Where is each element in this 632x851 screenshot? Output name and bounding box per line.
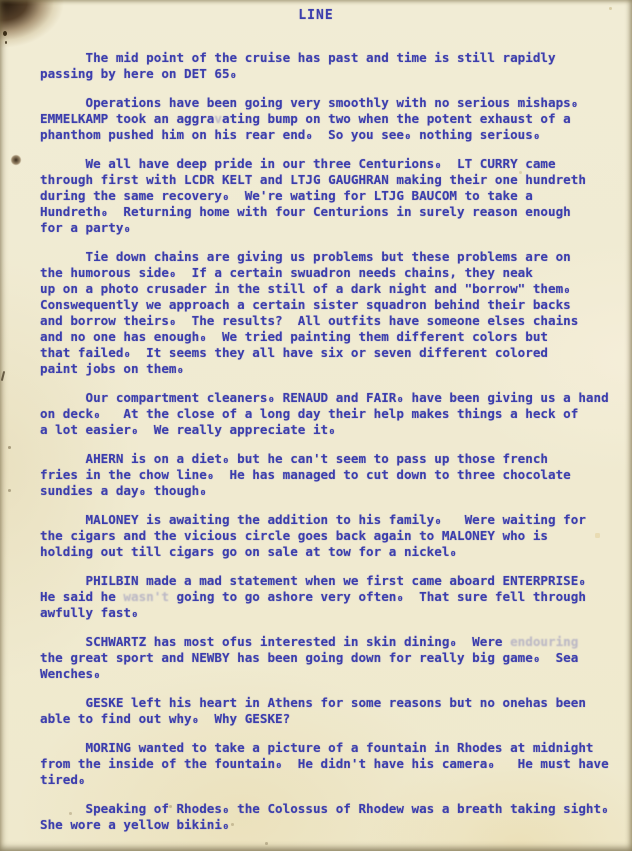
paragraph: MORING wanted to take a picture of a fou… bbox=[40, 740, 604, 788]
paragraph: Speaking of Rhodes₀ the Colossus of Rhod… bbox=[40, 801, 604, 833]
text-line: for a party₀ bbox=[40, 220, 604, 236]
text-line: on deck₀ At the close of a long day thei… bbox=[40, 406, 604, 422]
text-line: Our compartment cleaners₀ RENAUD and FAI… bbox=[40, 390, 604, 406]
text-line: awfully fast₀ bbox=[40, 605, 604, 621]
text-line: The mid point of the cruise has past and… bbox=[40, 50, 604, 66]
paragraph: Operations have been going very smoothly… bbox=[40, 95, 604, 143]
text-line: the great sport and NEWBY has been going… bbox=[40, 650, 604, 666]
text-line: during the same recovery₀ We're wating f… bbox=[40, 188, 604, 204]
text-line: Conswequently we approach a certain sist… bbox=[40, 297, 604, 313]
paragraph: GESKE left his heart in Athens for some … bbox=[40, 695, 604, 727]
text-line: Speaking of Rhodes₀ the Colossus of Rhod… bbox=[40, 801, 604, 817]
page-title: LINE bbox=[0, 8, 632, 24]
text-line: Tie down chains are giving us problems b… bbox=[40, 249, 604, 265]
text-line: holding out till cigars go on sale at to… bbox=[40, 544, 604, 560]
text-line: the humorous side₀ If a certain swuadron… bbox=[40, 265, 604, 281]
paragraph: PHILBIN made a mad statement when we fir… bbox=[40, 573, 604, 621]
text-line: the cigars and the vicious circle goes b… bbox=[40, 528, 604, 544]
paragraph: MALONEY is awaiting the addition to his … bbox=[40, 512, 604, 560]
text-line: phanthom pushed him on his rear end₀ So … bbox=[40, 127, 604, 143]
text-line: and borrow theirs₀ The results? All outf… bbox=[40, 313, 604, 329]
faded-text: wasn't bbox=[123, 589, 169, 604]
text-line: able to find out why₀ Why GESKE? bbox=[40, 711, 604, 727]
paper-specks bbox=[0, 0, 1, 1]
text-line: Wenches₀ bbox=[40, 666, 604, 682]
text-line: We all have deep pride in our three Cent… bbox=[40, 156, 604, 172]
text-line: SCHWARTZ has most ofus interested in ski… bbox=[40, 634, 604, 650]
text-line: and no one has enough₀ We tried painting… bbox=[40, 329, 604, 345]
paragraph: AHERN is on a diet₀ but he can't seem to… bbox=[40, 451, 604, 499]
text-line: through first with LCDR KELT and LTJG GA… bbox=[40, 172, 604, 188]
document-page: LINE The mid point of the cruise has pas… bbox=[0, 0, 632, 851]
text-line: Operations have been going very smoothly… bbox=[40, 95, 604, 111]
text-line: PHILBIN made a mad statement when we fir… bbox=[40, 573, 604, 589]
text-line: from the inside of the fountain₀ He didn… bbox=[40, 756, 604, 772]
text-line: GESKE left his heart in Athens for some … bbox=[40, 695, 604, 711]
text-line: fries in the chow line₀ He has managed t… bbox=[40, 467, 604, 483]
paragraph: SCHWARTZ has most ofus interested in ski… bbox=[40, 634, 604, 682]
paragraph: Tie down chains are giving us problems b… bbox=[40, 249, 604, 377]
text-line: paint jobs on them₀ bbox=[40, 361, 604, 377]
text-line: He said he wasn't going to go ashore ver… bbox=[40, 589, 604, 605]
text-line: Hundreth₀ Returning home with four Centu… bbox=[40, 204, 604, 220]
text-line: up on a photo crusader in the still of a… bbox=[40, 281, 604, 297]
text-line: She wore a yellow bikini₀ bbox=[40, 817, 604, 833]
ink-blot bbox=[3, 31, 7, 36]
text-line: MORING wanted to take a picture of a fou… bbox=[40, 740, 604, 756]
text-line: MALONEY is awaiting the addition to his … bbox=[40, 512, 604, 528]
text-line: tired₀ bbox=[40, 772, 604, 788]
paragraph: The mid point of the cruise has past and… bbox=[40, 50, 604, 82]
text-line: passing by here on DET 65₀ bbox=[40, 66, 604, 82]
text-line: that failed₀ It seems they all have six … bbox=[40, 345, 604, 361]
text-line: a lot easier₀ We really appreciate it₀ bbox=[40, 422, 604, 438]
text-line: AHERN is on a diet₀ but he can't seem to… bbox=[40, 451, 604, 467]
text-line: sundies a day₀ though₀ bbox=[40, 483, 604, 499]
document-body: The mid point of the cruise has past and… bbox=[0, 50, 632, 833]
faded-text: v bbox=[214, 111, 222, 126]
paragraph: Our compartment cleaners₀ RENAUD and FAI… bbox=[40, 390, 604, 438]
faded-text: endouring bbox=[510, 634, 578, 649]
text-line: EMMELKAMP took an aggravating bump on tw… bbox=[40, 111, 604, 127]
paragraph: We all have deep pride in our three Cent… bbox=[40, 156, 604, 236]
